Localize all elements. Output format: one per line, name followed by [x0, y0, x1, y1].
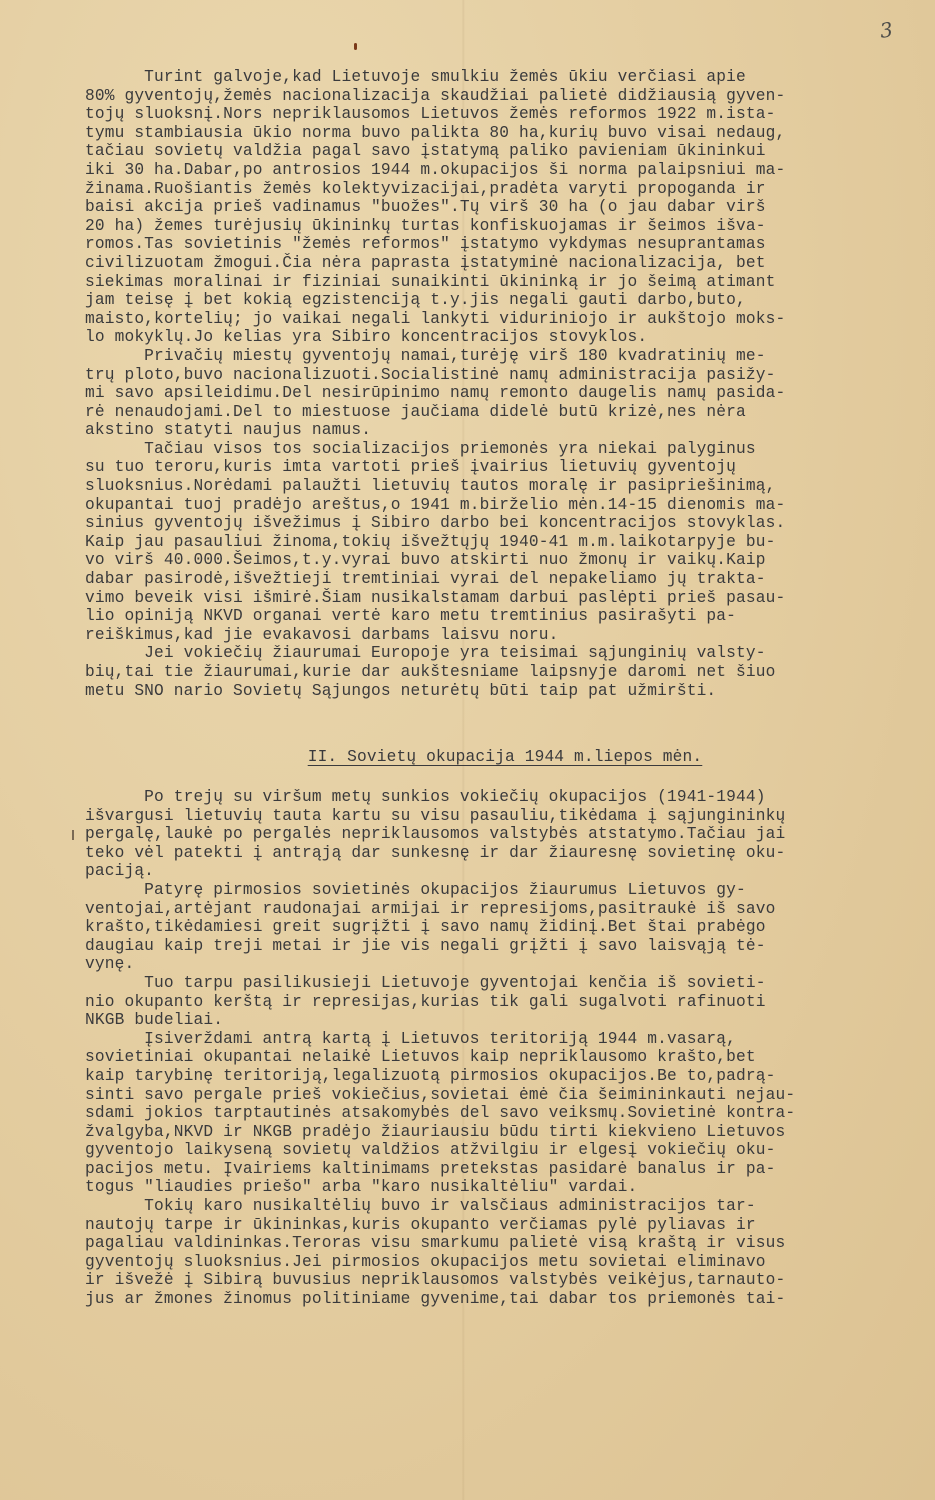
ink-mark — [354, 43, 357, 50]
text-line: akstino statyti naujus namus. — [85, 421, 925, 440]
text-line: trų ploto,buvo nacionalizuoti.Socialisti… — [85, 366, 925, 385]
text-line: reiškimus,kad jie evakavosi darbams lais… — [85, 626, 925, 645]
text-line: mi savo apsileidimu.Del nesirūpinimo nam… — [85, 384, 925, 403]
text-line: Privačių miestų gyventojų namai,turėję v… — [85, 347, 925, 366]
text-line: Įsiverždami antrą kartą į Lietuvos terit… — [85, 1030, 925, 1049]
text-line: pacijos metu. Įvairiems kaltinimams pret… — [85, 1160, 925, 1179]
page-number: 3 — [878, 17, 894, 43]
text-line: sdami jokios tarptautinės atsakomybės de… — [85, 1104, 925, 1123]
text-line: jus ar žmones žinomus politiniame gyveni… — [85, 1290, 925, 1309]
text-line: bių,tai tie žiaurumai,kurie dar aukštesn… — [85, 663, 925, 682]
text-line: 20 ha) žemes turėjusių ūkininkų turtas k… — [85, 217, 925, 236]
text-line: išvargusi lietuvių tauta kartu su visu p… — [85, 807, 925, 826]
text-line: Tačiau visos tos socializacijos priemonė… — [85, 440, 925, 459]
text-line: Po trejų su viršum metų sunkios vokiečių… — [85, 788, 925, 807]
text-line: maisto,kortelių; jo vaikai negali lankyt… — [85, 310, 925, 329]
text-line: Tokių karo nusikaltėlių buvo ir valsčiau… — [85, 1197, 925, 1216]
text-line: civilizuotam žmogui.Čia nėra paprasta įs… — [85, 254, 925, 273]
text-line: Tuo tarpu pasilikusieji Lietuvoje gyvent… — [85, 974, 925, 993]
text-line: vimo beveik visi išmirė.Šiam nusikalstam… — [85, 589, 925, 608]
text-line: Kaip jau pasauliui žinoma,tokių išvežtųj… — [85, 533, 925, 552]
text-line: tymu stambiausia ūkio norma buvo palikta… — [85, 124, 925, 143]
text-line: siekimas moralinai ir fiziniai sunaikint… — [85, 273, 925, 292]
text-line: sinius gyventojų išvežimus į Sibiro darb… — [85, 514, 925, 533]
text-line: togus "liaudies priešo" arba "karo nusik… — [85, 1178, 925, 1197]
text-line: nautojų tarpe ir ūkininkas,kuris okupant… — [85, 1216, 925, 1235]
text-line: daugiau kaip treji metai ir jie vis nega… — [85, 937, 925, 956]
text-line: sluoksnius.Norėdami palaužti lietuvių ta… — [85, 477, 925, 496]
text-line: dabar pasirodė,išvežtieji tremtiniai vyr… — [85, 570, 925, 589]
text-line: romos.Tas sovietinis "žemės reformos" įs… — [85, 235, 925, 254]
section-land-reform-and-terror: Turint galvoje,kad Lietuvoje smulkiu žem… — [85, 68, 925, 700]
section-heading: II. Sovietų okupacija 1944 m.liepos mėn. — [308, 748, 703, 766]
text-line: sovietiniai okupantai nelaikė Lietuvos k… — [85, 1048, 925, 1067]
text-line: tačiau sovietų valdžia pagal savo įstaty… — [85, 142, 925, 161]
text-line: gyventojų sluoksnius.Jei pirmosios okupa… — [85, 1253, 925, 1272]
text-line: baisi akcija prieš vadinamus "buožes".Tų… — [85, 198, 925, 217]
text-line: NKGB budeliai. — [85, 1011, 925, 1030]
text-line: pagaliau valdininkas.Teroras visu smarku… — [85, 1234, 925, 1253]
margin-mark — [72, 830, 74, 840]
text-line: vynę. — [85, 955, 925, 974]
text-line: tojų sluoksnį.Nors nepriklausomos Lietuv… — [85, 105, 925, 124]
section-soviet-occupation-1944: Po trejų su viršum metų sunkios vokiečių… — [85, 788, 925, 1309]
text-line: lio opiniją NKVD organai vertė karo metu… — [85, 607, 925, 626]
text-line: su tuo teroru,kuris imta vartoti prieš į… — [85, 458, 925, 477]
text-line: žvalgyba,NKVD ir NKGB pradėjo žiauriausi… — [85, 1123, 925, 1142]
text-line: nio okupanto kerštą ir represijas,kurias… — [85, 993, 925, 1012]
text-line: iki 30 ha.Dabar,po antrosios 1944 m.okup… — [85, 161, 925, 180]
text-line: 80% gyventojų,žemės nacionalizacija skau… — [85, 87, 925, 106]
text-line: jam teisę į bet kokią egzistenciją t.y.j… — [85, 291, 925, 310]
text-line: okupantai tuoj pradėjo areštus,o 1941 m.… — [85, 496, 925, 515]
text-line: pergalę,laukė po pergalės nepriklausomos… — [85, 825, 925, 844]
text-line: Patyrę pirmosios sovietinės okupacijos ž… — [85, 881, 925, 900]
text-line: metu SNO nario Sovietų Sąjungos neturėtų… — [85, 682, 925, 701]
text-line: teko vėl patekti į antrąją dar sunkesnę … — [85, 844, 925, 863]
text-line: kaip tarybinę teritoriją,legalizuotą pir… — [85, 1067, 925, 1086]
text-line: gyventojo laikyseną sovietų valdžios atž… — [85, 1141, 925, 1160]
text-line: sinti savo pergale prieš vokiečius,sovie… — [85, 1086, 925, 1105]
text-line: vo virš 40.000.Šeimos,t.y.vyrai buvo ats… — [85, 551, 925, 570]
section-heading-wrap: II. Sovietų okupacija 1944 m.liepos mėn. — [85, 748, 925, 767]
text-line: žinama.Ruošiantis žemės kolektyvizacijai… — [85, 180, 925, 199]
text-line: lo mokyklų.Jo kelias yra Sibiro koncentr… — [85, 328, 925, 347]
text-line: krašto,tikėdamiesi greit sugrįžti į savo… — [85, 918, 925, 937]
text-line: Jei vokiečių žiaurumai Europoje yra teis… — [85, 644, 925, 663]
text-line: ventojai,artėjant raudonajai armijai ir … — [85, 900, 925, 919]
text-line: paciją. — [85, 862, 925, 881]
document-page: 3 Turint galvoje,kad Lietuvoje smulkiu ž… — [0, 0, 935, 1500]
text-line: ir išvežė į Sibirą buvusius nepriklausom… — [85, 1271, 925, 1290]
text-line: rė nenaudojami.Del to miestuose jaučiama… — [85, 403, 925, 422]
text-line: Turint galvoje,kad Lietuvoje smulkiu žem… — [85, 68, 925, 87]
